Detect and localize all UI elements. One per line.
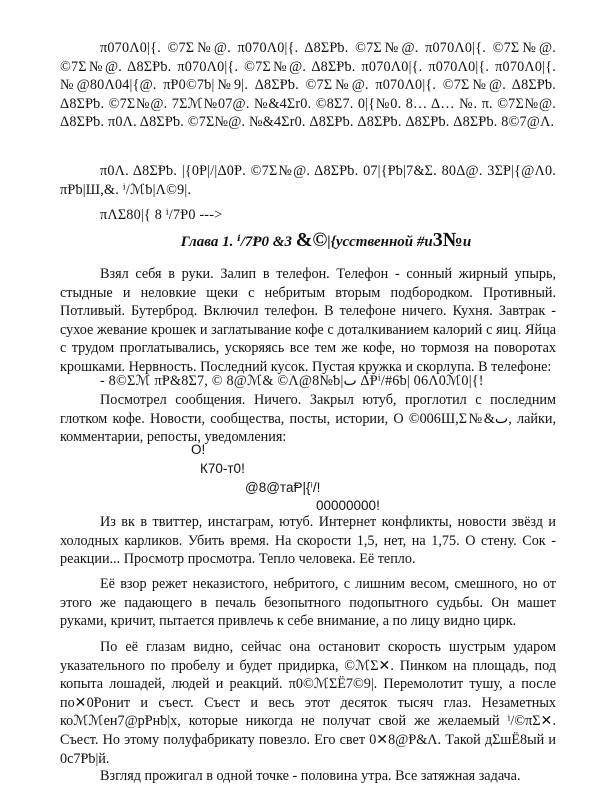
paragraph-gaze: Её взор режет неказистого, небритого, с …	[60, 575, 556, 631]
exclamation-1: О!	[191, 441, 205, 459]
paragraph-encoded-marker: πΛΣ80|{ 8 ⁱ/7Ᵽ0 --->	[60, 206, 222, 225]
paragraph-message: - 8©Σℳ πⱣ&8Σ7, © 8@ℳ& ©Λ@8№ƅ|ٮ ΔⱣⁱ/#6ƅ| …	[60, 372, 484, 391]
paragraph-breakfast: Взял себя в руки. Залип в телефон. Телеф…	[60, 265, 556, 377]
exclamation-2: К70-т0!	[200, 460, 245, 478]
chapter-heading-symbols-2: 3№	[433, 229, 463, 251]
exclamation-3: @8@таⱣ|{ⁱ/!	[245, 479, 320, 497]
chapter-heading-symbols: &©	[296, 229, 328, 251]
paragraph-encoded-2: π0Λ. Δ8ΣⱣƅ. |{0Ᵽ|/|Δ0Ᵽ. ©7Σ№@. Δ8ΣⱣƅ. 07…	[60, 162, 556, 199]
paragraph-social-media: Из вк в твиттер, инстаграм, ютуб. Интерн…	[60, 513, 556, 569]
paragraph-encoded-1: π070Λ0|{. ©7Σ№@. π070Λ0|{. Δ8ΣⱣƅ. ©7Σ№@.…	[60, 39, 556, 132]
paragraph-eyes: По её глазам видно, сейчас она остановит…	[60, 638, 556, 768]
chapter-heading: Глава 1. ⁱ/7Ᵽ0 &3 &©|{усственной #и3№и	[60, 228, 556, 254]
chapter-heading-prefix: Глава 1. ⁱ/7Ᵽ0 &3	[181, 234, 296, 250]
paragraph-final: Взгляд прожигал в одной точке - половина…	[60, 767, 521, 786]
chapter-heading-end: и	[463, 234, 471, 250]
chapter-heading-suffix: |{усственной #и	[327, 234, 432, 250]
paragraph-news: Посмотрел сообщения. Ничего. Закрыл ютуб…	[60, 391, 556, 447]
